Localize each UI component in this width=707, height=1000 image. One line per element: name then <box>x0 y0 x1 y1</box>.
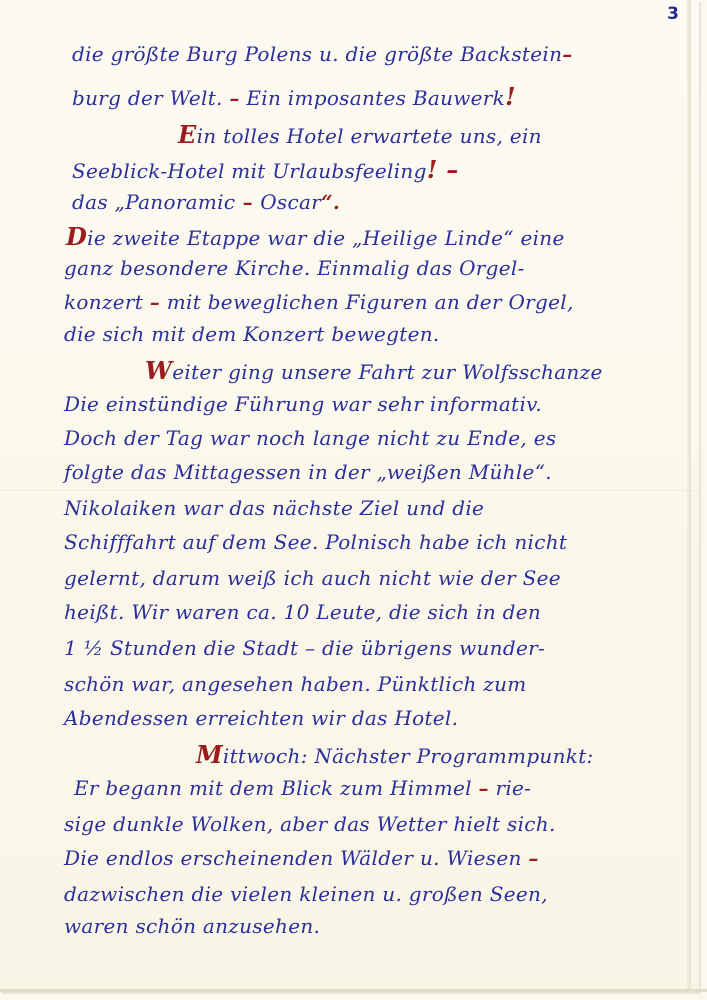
text-line: waren schön anzusehen. <box>64 914 320 938</box>
text-line: Seeblick-Hotel mit Urlaubsfeeling! – <box>72 155 459 184</box>
text-line: folgte das Mittagessen in der „weißen Mü… <box>64 460 552 484</box>
paper-fold <box>0 490 699 492</box>
text-line: Nikolaiken war das nächste Ziel und die <box>64 496 484 520</box>
paper-bottom-edge <box>0 989 707 992</box>
text-line: konzert – mit beweglichen Figuren an der… <box>64 290 574 314</box>
text-line: Ein tolles Hotel erwartete uns, ein <box>178 120 542 149</box>
text-line: ganz besondere Kirche. Einmalig das Orge… <box>64 256 525 280</box>
text-line: dazwischen die vielen kleinen u. großen … <box>64 882 548 906</box>
text-line: sige dunkle Wolken, aber das Wetter hiel… <box>64 812 556 836</box>
paper-edge <box>687 0 691 992</box>
text-line: die sich mit dem Konzert bewegten. <box>64 322 440 346</box>
text-line: Doch der Tag war noch lange nicht zu End… <box>64 426 556 450</box>
text-line: gelernt, darum weiß ich auch nicht wie d… <box>64 566 561 590</box>
text-line: Abendessen erreichten wir das Hotel. <box>64 706 458 730</box>
text-line: 1 ½ Stunden die Stadt – die übrigens wun… <box>64 636 545 660</box>
text-line: Die endlos erscheinenden Wälder u. Wiese… <box>64 846 539 870</box>
text-line: Er begann mit dem Blick zum Himmel – rie… <box>74 776 531 800</box>
text-line: Die einstündige Führung war sehr informa… <box>64 392 542 416</box>
text-line: burg der Welt. – Ein imposantes Bauwerk! <box>72 82 516 111</box>
text-line: Die zweite Etappe war die „Heilige Linde… <box>66 222 565 251</box>
text-line: die größte Burg Polens u. die größte Bac… <box>72 42 573 66</box>
text-line: das „Panoramic – Oscar“. <box>72 190 340 214</box>
text-line: Weiter ging unsere Fahrt zur Wolfsschanz… <box>145 356 603 385</box>
text-line: Mittwoch: Nächster Programmpunkt: <box>196 740 594 769</box>
text-line: heißt. Wir waren ca. 10 Leute, die sich … <box>64 600 541 624</box>
text-line: Schifffahrt auf dem See. Polnisch habe i… <box>64 530 567 554</box>
text-line: schön war, angesehen haben. Pünktlich zu… <box>64 672 527 696</box>
page-number: 3 <box>667 4 679 24</box>
